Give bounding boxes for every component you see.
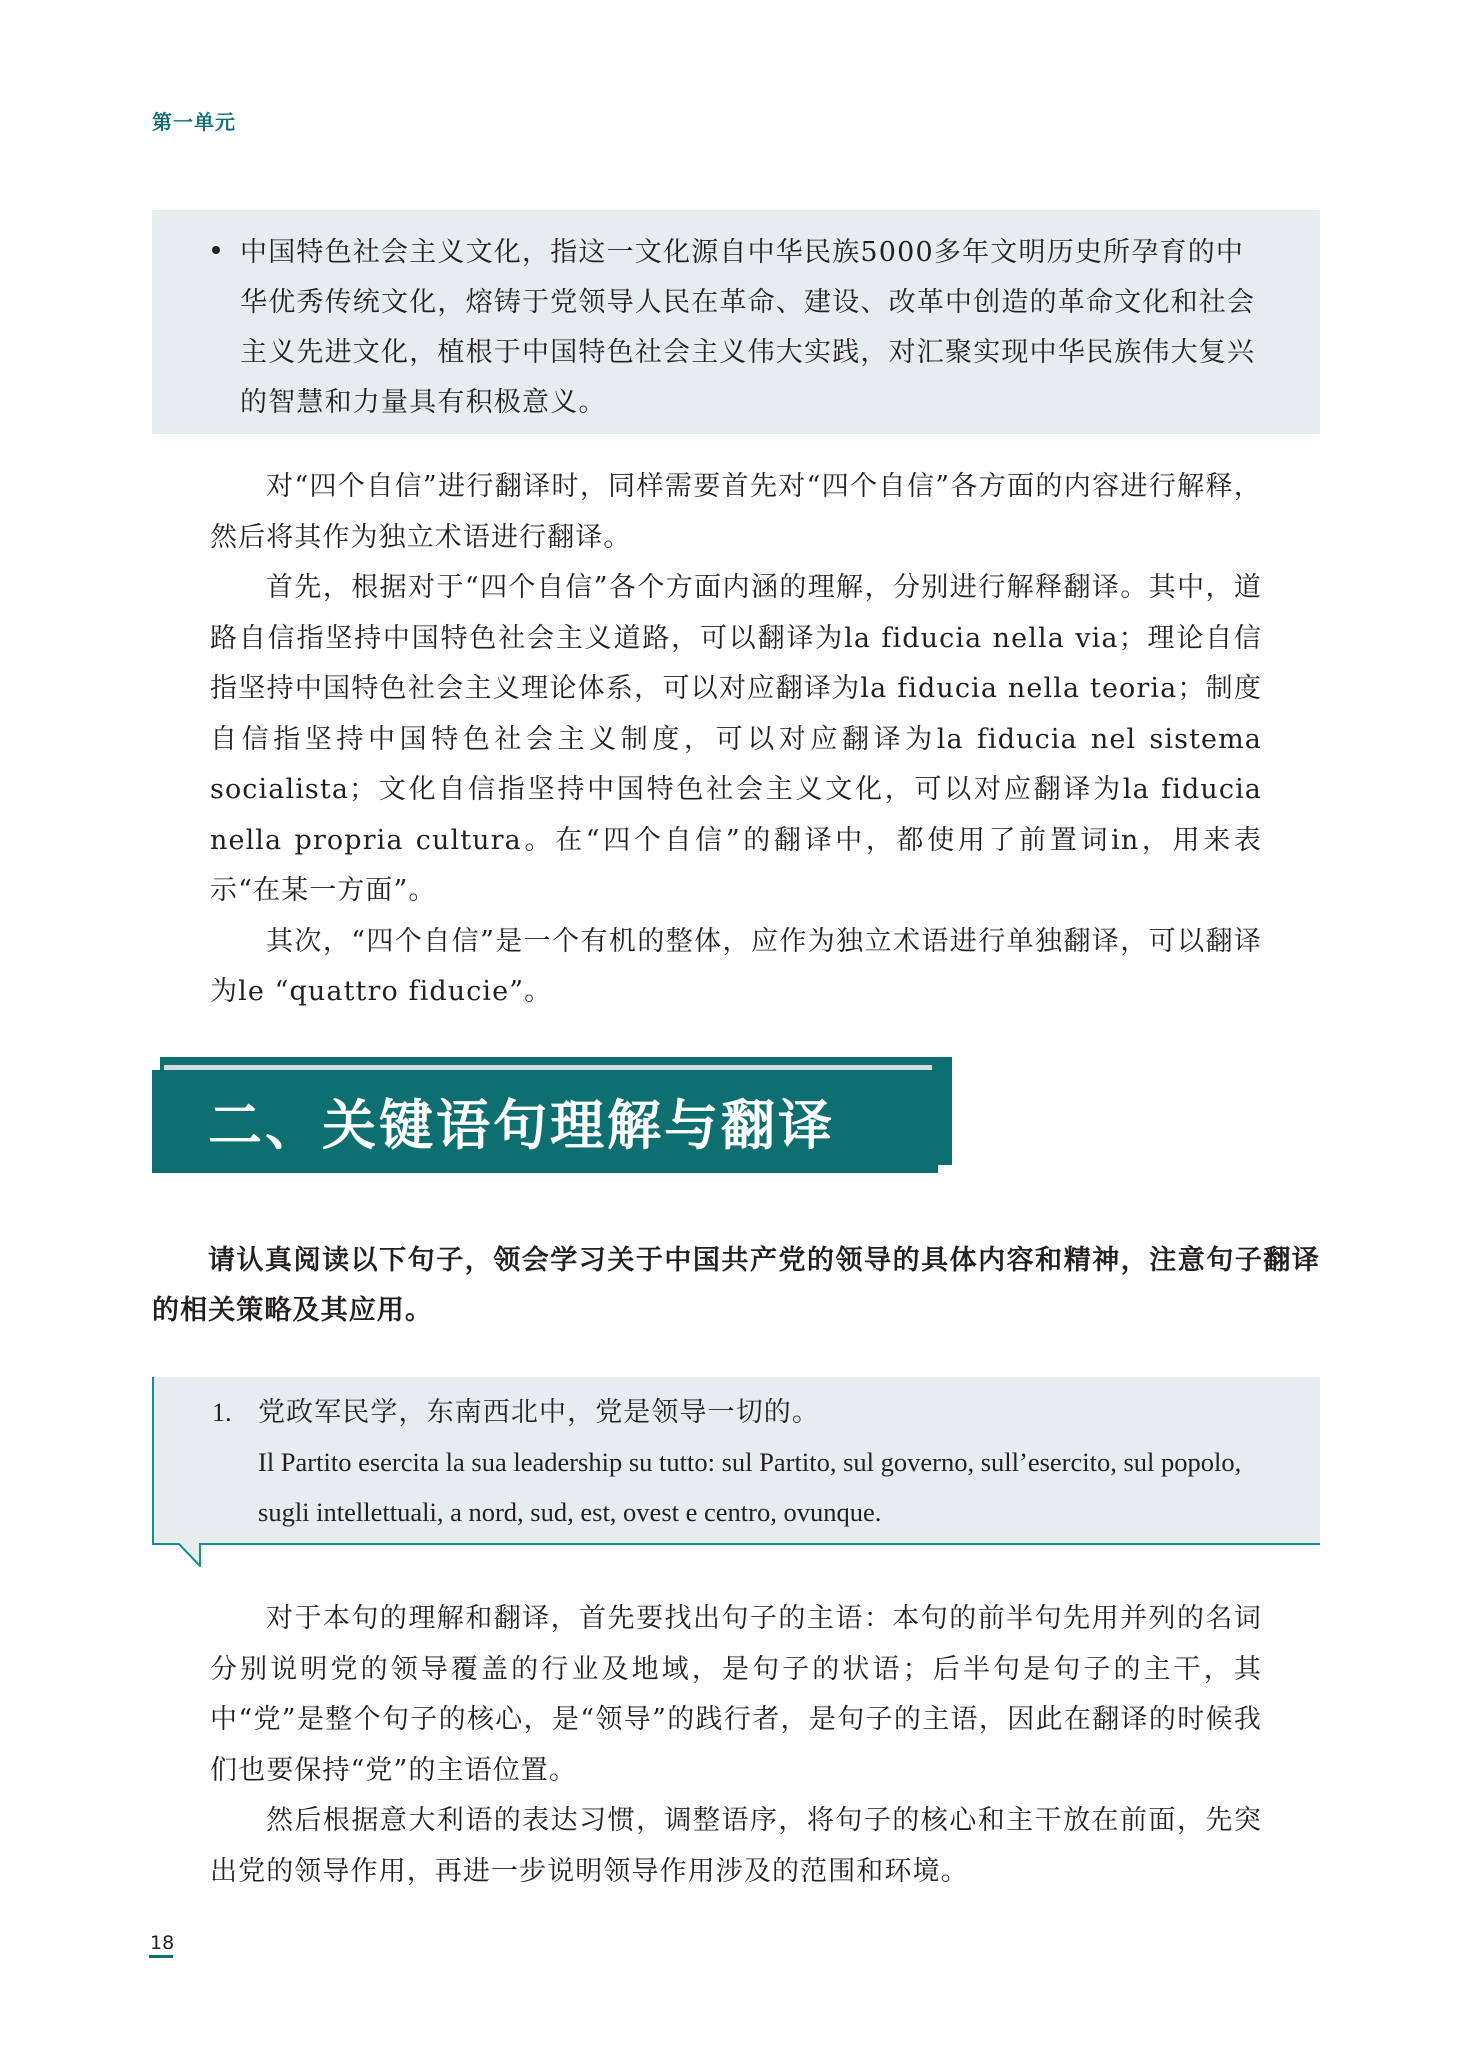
section-heading: 二、关键语句理解与翻译: [152, 1057, 952, 1173]
paragraph: 对于本句的理解和翻译，首先要找出句子的主语：本句的前半句先用并列的名词分别说明党…: [210, 1594, 1262, 1796]
example-number: 1.: [212, 1389, 232, 1437]
paragraph: 首先，根据对于“四个自信”各个方面内涵的理解，分别进行解释翻译。其中，道路自信指…: [210, 563, 1262, 917]
heading-banner: 二、关键语句理解与翻译: [152, 1070, 938, 1173]
page-number-underline: [149, 1955, 173, 1958]
body-section-top: 对“四个自信”进行翻译时，同样需要首先对“四个自信”各方面的内容进行解释，然后将…: [210, 462, 1262, 1018]
page-number: 18: [150, 1932, 174, 1954]
instruction-text: 请认真阅读以下句子，领会学习关于中国共产党的领导的具体内容和精神，注意句子翻译的…: [152, 1236, 1320, 1336]
paragraph: 其次，“四个自信”是一个有机的整体，应作为独立术语进行单独翻译，可以翻译为le …: [210, 917, 1262, 1018]
section-title: 二、关键语句理解与翻译: [208, 1083, 835, 1160]
note-box: 中国特色社会主义文化，指这一文化源自中华民族5000多年文明历史所孕育的中华优秀…: [152, 210, 1320, 434]
callout-tail-icon: [178, 1543, 204, 1567]
instruction: 请认真阅读以下句子，领会学习关于中国共产党的领导的具体内容和精神，注意句子翻译的…: [152, 1236, 1320, 1336]
example-italian: Il Partito esercita la sua leadership su…: [258, 1437, 1288, 1537]
note-text: 中国特色社会主义文化，指这一文化源自中华民族5000多年文明历史所孕育的中华优秀…: [240, 228, 1270, 428]
example-callout: 1. 党政军民学，东南西北中，党是领导一切的。 Il Partito eserc…: [152, 1377, 1320, 1545]
paragraph: 对“四个自信”进行翻译时，同样需要首先对“四个自信”各方面的内容进行解释，然后将…: [210, 462, 1262, 563]
body-section-bottom: 对于本句的理解和翻译，首先要找出句子的主语：本句的前半句先用并列的名词分别说明党…: [210, 1594, 1262, 1897]
example-chinese: 党政军民学，东南西北中，党是领导一切的。: [258, 1389, 820, 1437]
unit-header: 第一单元: [152, 106, 236, 135]
bullet-icon: [212, 246, 220, 254]
paragraph: 然后根据意大利语的表达习惯，调整语序，将句子的核心和主干放在前面，先突出党的领导…: [210, 1796, 1262, 1897]
